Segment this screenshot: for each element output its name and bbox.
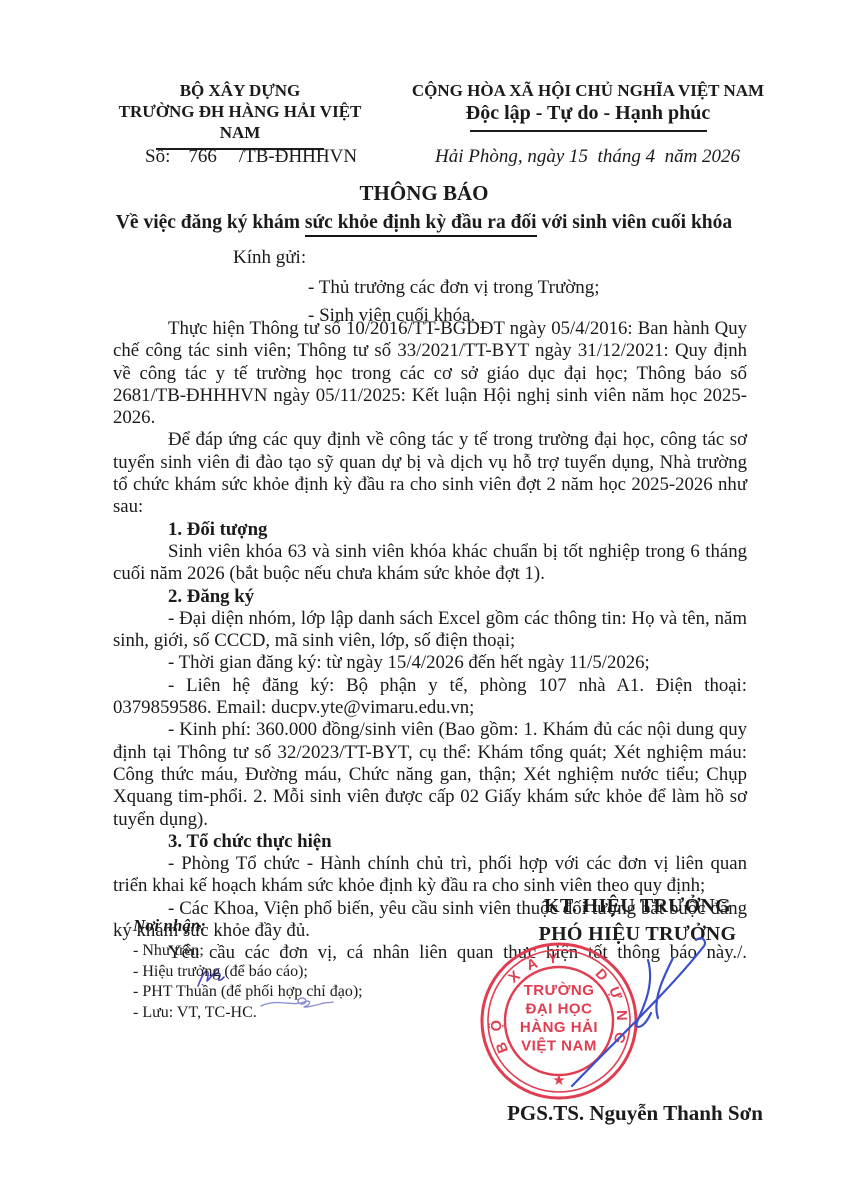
footer-item: - Hiệu trưởng (để báo cáo);: [133, 962, 463, 983]
national-slogan: Độc lập - Tự do - Hạnh phúc: [408, 102, 768, 125]
number-label: Số:: [145, 146, 170, 167]
place-date: Hải Phòng, ngày 15 tháng 4 năm 2026: [435, 146, 740, 168]
national-motto: CỘNG HÒA XÃ HỘI CHỦ NGHĨA VIỆT NAM: [408, 80, 768, 101]
body-paragraph: Sinh viên khóa 63 và sinh viên khóa khác…: [113, 541, 747, 586]
number-suffix: /TB-ĐHHHVN: [239, 146, 357, 167]
ministry-name: BỘ XÂY DỰNG: [100, 80, 380, 101]
document-page: BỘ XÂY DỰNG TRƯỜNG ĐH HÀNG HẢI VIỆT NAM …: [0, 0, 848, 1200]
document-title: THÔNG BÁO: [0, 181, 848, 206]
handwritten-scribble-mark: [258, 994, 336, 1017]
body-paragraph: - Thời gian đăng ký: từ ngày 15/4/2026 đ…: [113, 652, 747, 674]
body-paragraph: - Đại diện nhóm, lớp lập danh sách Excel…: [113, 608, 747, 653]
national-header-block: CỘNG HÒA XÃ HỘI CHỦ NGHĨA VIỆT NAM Độc l…: [408, 80, 768, 132]
section-heading: 1. Đối tượng: [168, 519, 747, 541]
signature: [540, 930, 740, 1105]
subject-underlined: sức khỏe định kỳ đầu ra đối: [305, 212, 537, 237]
recipient-item: - Thủ trưởng các đơn vị trong Trường;: [308, 274, 600, 302]
section-heading: 2. Đăng ký: [168, 586, 747, 608]
number-value: 766: [188, 146, 217, 167]
recipients-footer-header: Nơi nhận:: [133, 916, 463, 936]
footer-item: - Như trên;: [133, 941, 463, 962]
body-paragraph: Để đáp ứng các quy định về công tác y tế…: [113, 429, 747, 518]
document-number: Số:766/TB-ĐHHHVN: [145, 146, 357, 168]
slogan-underline: [470, 130, 707, 132]
salutation: Kính gửi:: [233, 247, 306, 269]
issuer-block: BỘ XÂY DỰNG TRƯỜNG ĐH HÀNG HẢI VIỆT NAM: [100, 80, 380, 150]
university-name: TRƯỜNG ĐH HÀNG HẢI VIỆT NAM: [100, 101, 380, 143]
document-subject: Về việc đăng ký khám sức khỏe định kỳ đầ…: [63, 212, 785, 234]
section-heading: 3. Tổ chức thực hiện: [168, 831, 747, 853]
subject-suffix: với sinh viên cuối khóa: [537, 212, 733, 233]
signer-name: PGS.TS. Nguyễn Thanh Sơn: [440, 1101, 830, 1126]
subject-prefix: Về việc đăng ký khám: [116, 212, 305, 233]
kt-line: KT. HIỆU TRƯỞNG: [520, 892, 755, 920]
body-paragraph: Thực hiện Thông tư số 10/2016/TT-BGDĐT n…: [113, 318, 747, 429]
body-paragraph: - Kinh phí: 360.000 đồng/sinh viên (Bao …: [113, 719, 747, 830]
body-paragraph: - Liên hệ đăng ký: Bộ phận y tế, phòng 1…: [113, 675, 747, 720]
